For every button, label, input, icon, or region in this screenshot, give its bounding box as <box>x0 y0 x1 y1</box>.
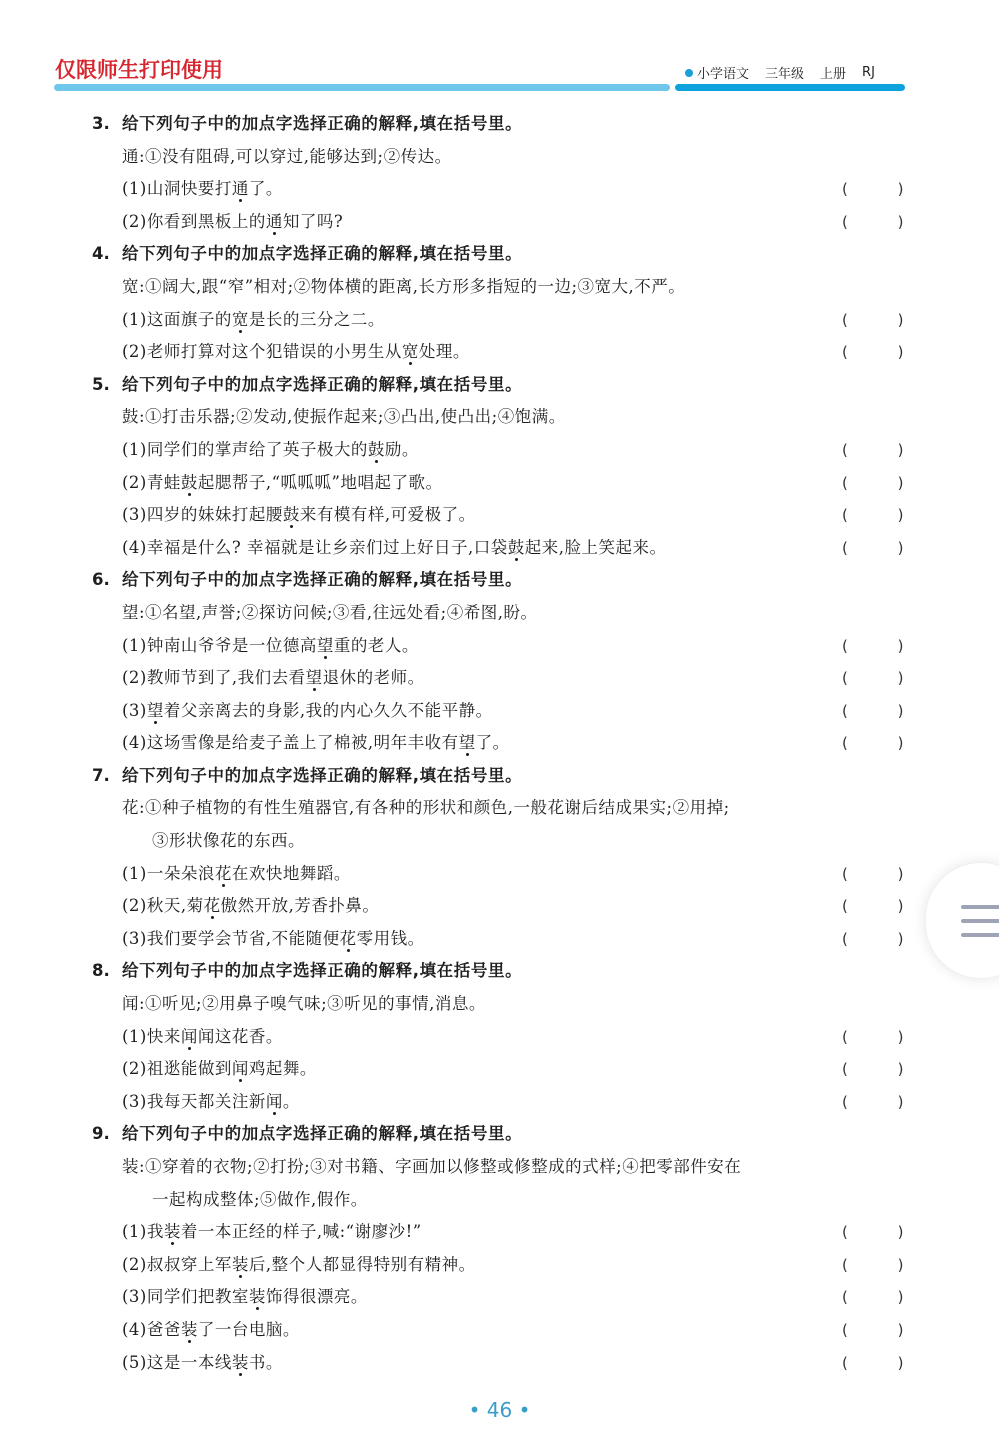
grade-label: 三年级 <box>765 63 804 82</box>
paren-close: ) <box>898 1249 904 1282</box>
answer-blank[interactable]: () <box>842 695 904 728</box>
paren-close: ) <box>898 923 904 956</box>
dotted-character: 鼓 <box>283 505 300 524</box>
sentence-after: 着一本正经的样子,喊:“谢廖沙!” <box>181 1222 422 1241</box>
paren-close: ) <box>898 630 904 663</box>
paren-close: ) <box>898 662 904 695</box>
sentence-before: (3) <box>122 701 147 720</box>
sentence-before: (1)钟南山爷爷是一位德高 <box>122 636 317 655</box>
definition-text: 通:①没有阻碍,可以穿过,能够达到;②传达。 <box>92 141 912 174</box>
sentence-before: (2)你看到黑板上的 <box>122 212 266 231</box>
dotted-character: 装 <box>232 1353 249 1372</box>
paren-open: ( <box>842 173 848 206</box>
dotted-character: 通 <box>232 179 249 198</box>
header-watermark: 仅限师生打印使用 <box>55 54 223 84</box>
definition-text: 装:①穿着的衣物;②打扮;③对书籍、字画加以修整或修整成的式样;④把零部件安在一… <box>92 1151 912 1216</box>
sentence-before: (4)这场雪像是给麦子盖上了棉被,明年丰收有 <box>122 733 459 752</box>
answer-blank[interactable]: () <box>842 1314 904 1347</box>
paren-open: ( <box>842 630 848 663</box>
question-prompt: 给下列句子中的加点字选择正确的解释,填在括号里。 <box>122 766 522 785</box>
sentence-before: (2)青蛙 <box>122 473 181 492</box>
definition-text: 鼓:①打击乐器;②发动,使振作起来;③凸出,使凸出;④饱满。 <box>92 401 912 434</box>
paren-open: ( <box>842 695 848 728</box>
sentence-item: (3)我每天都关注新闻。() <box>92 1086 912 1119</box>
question-block: 8.给下列句子中的加点字选择正确的解释,填在括号里。闻:①听见;②用鼻子嗅气味;… <box>92 955 912 1118</box>
floating-menu-button[interactable] <box>925 862 999 979</box>
paren-close: ) <box>898 858 904 891</box>
paren-close: ) <box>898 532 904 565</box>
sentence-item: (1)我装着一本正经的样子,喊:“谢廖沙!”() <box>92 1216 912 1249</box>
dotted-character: 鼓 <box>368 440 385 459</box>
paren-open: ( <box>842 1347 848 1380</box>
sentence-before: (1)我 <box>122 1222 164 1241</box>
question-title: 8.给下列句子中的加点字选择正确的解释,填在括号里。 <box>92 955 912 988</box>
question-title: 4.给下列句子中的加点字选择正确的解释,填在括号里。 <box>92 238 912 271</box>
question-number: 9. <box>92 1118 122 1151</box>
header-rule-left <box>54 84 670 91</box>
question-block: 5.给下列句子中的加点字选择正确的解释,填在括号里。鼓:①打击乐器;②发动,使振… <box>92 369 912 565</box>
header-book-info: 小学语文 三年级 上册 RJ <box>685 63 875 82</box>
question-number: 8. <box>92 955 122 988</box>
question-block: 9.给下列句子中的加点字选择正确的解释,填在括号里。装:①穿着的衣物;②打扮;③… <box>92 1118 912 1379</box>
sentence-after: 鸡起舞。 <box>249 1059 317 1078</box>
question-title: 9.给下列句子中的加点字选择正确的解释,填在括号里。 <box>92 1118 912 1151</box>
question-title: 5.给下列句子中的加点字选择正确的解释,填在括号里。 <box>92 369 912 402</box>
definition-line: 闻:①听见;②用鼻子嗅气味;③听见的事情,消息。 <box>122 994 486 1013</box>
paren-close: ) <box>898 727 904 760</box>
question-prompt: 给下列句子中的加点字选择正确的解释,填在括号里。 <box>122 961 522 980</box>
definition-text: 花:①种子植物的有性生殖器官,有各种的形状和颜色,一般花谢后结成果实;②用掉;③… <box>92 792 912 857</box>
paren-close: ) <box>898 434 904 467</box>
dotted-character: 装 <box>232 1255 249 1274</box>
definition-text: 宽:①阔大,跟“窄”相对;②物体横的距离,长方形多指短的一边;③宽大,不严。 <box>92 271 912 304</box>
bullet-dot-icon <box>685 69 693 77</box>
paren-close: ) <box>898 206 904 239</box>
sentence-item: (3)望着父亲离去的身影,我的内心久久不能平静。() <box>92 695 912 728</box>
dotted-character: 鼓 <box>181 473 198 492</box>
answer-blank[interactable]: () <box>842 434 904 467</box>
sentence-item: (2)老师打算对这个犯错误的小男生从宽处理。() <box>92 336 912 369</box>
answer-blank[interactable]: () <box>842 1053 904 1086</box>
question-title: 7.给下列句子中的加点字选择正确的解释,填在括号里。 <box>92 760 912 793</box>
dotted-character: 闻 <box>181 1027 198 1046</box>
paren-open: ( <box>842 1249 848 1282</box>
question-number: 6. <box>92 564 122 597</box>
definition-line: 鼓:①打击乐器;②发动,使振作起来;③凸出,使凸出;④饱满。 <box>122 407 566 426</box>
subject-label: 小学语文 <box>697 63 749 82</box>
sentence-after: 了一台电脑。 <box>198 1320 300 1339</box>
dotted-character: 通 <box>266 212 283 231</box>
definition-text: 闻:①听见;②用鼻子嗅气味;③听见的事情,消息。 <box>92 988 912 1021</box>
definition-line: 一起构成整体;⑤做作,假作。 <box>122 1184 912 1217</box>
sentence-item: (4)幸福是什么? 幸福就是让乡亲们过上好日子,口袋鼓起来,脸上笑起来。() <box>92 532 912 565</box>
question-prompt: 给下列句子中的加点字选择正确的解释,填在括号里。 <box>122 114 522 133</box>
sentence-after: 知了吗? <box>283 212 343 231</box>
question-prompt: 给下列句子中的加点字选择正确的解释,填在括号里。 <box>122 244 522 263</box>
sentence-before: (3)同学们把教室 <box>122 1287 249 1306</box>
definition-text: 望:①名望,声誉;②探访问候;③看,往远处看;④希图,盼。 <box>92 597 912 630</box>
sentence-before: (2)老师打算对这个犯错误的小男生从 <box>122 342 402 361</box>
question-block: 4.给下列句子中的加点字选择正确的解释,填在括号里。宽:①阔大,跟“窄”相对;②… <box>92 238 912 368</box>
paren-open: ( <box>842 662 848 695</box>
dotted-character: 望 <box>459 733 476 752</box>
paren-close: ) <box>898 1347 904 1380</box>
sentence-after: 来有模有样,可爱极了。 <box>300 505 476 524</box>
sentence-before: (2)叔叔穿上军 <box>122 1255 232 1274</box>
paren-close: ) <box>898 1021 904 1054</box>
paren-open: ( <box>842 467 848 500</box>
paren-close: ) <box>898 1053 904 1086</box>
paren-open: ( <box>842 1021 848 1054</box>
answer-blank[interactable]: () <box>842 336 904 369</box>
sentence-after: 后,整个人都显得特别有精神。 <box>249 1255 476 1274</box>
sentence-before: (4)爸爸 <box>122 1320 181 1339</box>
sentence-item: (2)青蛙鼓起腮帮子,“呱呱呱”地唱起了歌。() <box>92 467 912 500</box>
paren-open: ( <box>842 1281 848 1314</box>
paren-close: ) <box>898 304 904 337</box>
hamburger-menu-icon <box>961 905 999 909</box>
answer-blank[interactable]: () <box>842 858 904 891</box>
question-block: 7.给下列句子中的加点字选择正确的解释,填在括号里。花:①种子植物的有性生殖器官… <box>92 760 912 956</box>
definition-line: 花:①种子植物的有性生殖器官,有各种的形状和颜色,一般花谢后结成果实;②用掉; <box>122 798 730 817</box>
exercise-list: 3.给下列句子中的加点字选择正确的解释,填在括号里。通:①没有阻碍,可以穿过,能… <box>92 108 912 1379</box>
sentence-after: 傲然开放,芳香扑鼻。 <box>221 896 380 915</box>
sentence-before: (1)这面旗子的 <box>122 310 232 329</box>
dotted-character: 闻 <box>266 1092 283 1111</box>
paren-open: ( <box>842 499 848 532</box>
paren-close: ) <box>898 1281 904 1314</box>
question-prompt: 给下列句子中的加点字选择正确的解释,填在括号里。 <box>122 1124 522 1143</box>
sentence-before: (5)这是一本线 <box>122 1353 232 1372</box>
sentence-after: 励。 <box>385 440 419 459</box>
answer-blank[interactable]: () <box>842 727 904 760</box>
dotted-character: 望 <box>317 636 334 655</box>
answer-blank[interactable]: () <box>842 467 904 500</box>
answer-blank[interactable]: () <box>842 173 904 206</box>
dotted-character: 花 <box>340 929 357 948</box>
paren-open: ( <box>842 923 848 956</box>
question-number: 3. <box>92 108 122 141</box>
paren-open: ( <box>842 858 848 891</box>
paren-close: ) <box>898 695 904 728</box>
question-number: 5. <box>92 369 122 402</box>
dotted-character: 宽 <box>232 310 249 329</box>
sentence-item: (2)秋天,菊花傲然开放,芳香扑鼻。() <box>92 890 912 923</box>
paren-open: ( <box>842 336 848 369</box>
sentence-before: (3)我每天都关注新 <box>122 1092 266 1111</box>
dotted-character: 望 <box>147 701 164 720</box>
sentence-after: 起来,脸上笑起来。 <box>525 538 667 557</box>
question-title: 6.给下列句子中的加点字选择正确的解释,填在括号里。 <box>92 564 912 597</box>
sentence-item: (3)同学们把教室装饰得很漂亮。() <box>92 1281 912 1314</box>
sentence-item: (2)祖逖能做到闻鸡起舞。() <box>92 1053 912 1086</box>
answer-blank[interactable]: () <box>842 1021 904 1054</box>
sentence-before: (2)秋天,菊 <box>122 896 204 915</box>
answer-blank[interactable]: () <box>842 304 904 337</box>
paren-open: ( <box>842 1314 848 1347</box>
sentence-item: (1)一朵朵浪花在欢快地舞蹈。() <box>92 858 912 891</box>
dotted-character: 装 <box>249 1287 266 1306</box>
sentence-item: (2)你看到黑板上的通知了吗?() <box>92 206 912 239</box>
sentence-before: (1)同学们的掌声给了英子极大的 <box>122 440 368 459</box>
sentence-after: 书。 <box>249 1353 283 1372</box>
paren-close: ) <box>898 1086 904 1119</box>
sentence-item: (1)同学们的掌声给了英子极大的鼓励。() <box>92 434 912 467</box>
header-rule-right <box>675 84 905 91</box>
sentence-item: (1)这面旗子的宽是长的三分之二。() <box>92 304 912 337</box>
dotted-character: 闻 <box>232 1059 249 1078</box>
dotted-character: 装 <box>164 1222 181 1241</box>
paren-open: ( <box>842 304 848 337</box>
sentence-before: (4)幸福是什么? 幸福就是让乡亲们过上好日子,口袋 <box>122 538 508 557</box>
paren-close: ) <box>898 173 904 206</box>
sentence-before: (1)快来 <box>122 1027 181 1046</box>
sentence-item: (5)这是一本线装书。() <box>92 1347 912 1380</box>
sentence-after: 在欢快地舞蹈。 <box>232 864 351 883</box>
sentence-item: (3)四岁的妹妹打起腰鼓来有模有样,可爱极了。() <box>92 499 912 532</box>
answer-blank[interactable]: () <box>842 630 904 663</box>
sentence-before: (2)教师节到了,我们去看 <box>122 668 306 687</box>
answer-blank[interactable]: () <box>842 206 904 239</box>
sentence-before: (1)山洞快要打 <box>122 179 232 198</box>
paren-open: ( <box>842 1216 848 1249</box>
sentence-item: (1)快来闻闻这花香。() <box>92 1021 912 1054</box>
definition-line: 装:①穿着的衣物;②打扮;③对书籍、字画加以修整或修整成的式样;④把零部件安在 <box>122 1157 741 1176</box>
paren-open: ( <box>842 890 848 923</box>
dotted-character: 鼓 <box>508 538 525 557</box>
paren-open: ( <box>842 727 848 760</box>
sentence-item: (1)钟南山爷爷是一位德高望重的老人。() <box>92 630 912 663</box>
sentence-before: (3)四岁的妹妹打起腰 <box>122 505 283 524</box>
paren-close: ) <box>898 336 904 369</box>
answer-blank[interactable]: () <box>842 1249 904 1282</box>
sentence-before: (1)一朵朵浪 <box>122 864 215 883</box>
sentence-item: (2)叔叔穿上军装后,整个人都显得特别有精神。() <box>92 1249 912 1282</box>
paren-open: ( <box>842 206 848 239</box>
answer-blank[interactable]: () <box>842 1086 904 1119</box>
dotted-character: 花 <box>215 864 232 883</box>
hamburger-menu-icon <box>961 919 999 923</box>
paren-close: ) <box>898 467 904 500</box>
question-number: 7. <box>92 760 122 793</box>
paren-close: ) <box>898 499 904 532</box>
paren-close: ) <box>898 1314 904 1347</box>
edition-label: RJ <box>862 65 875 80</box>
paren-close: ) <box>898 1216 904 1249</box>
definition-line: 望:①名望,声誉;②探访问候;③看,往远处看;④希图,盼。 <box>122 603 537 622</box>
sentence-item: (4)这场雪像是给麦子盖上了棉被,明年丰收有望了。() <box>92 727 912 760</box>
paren-open: ( <box>842 532 848 565</box>
question-prompt: 给下列句子中的加点字选择正确的解释,填在括号里。 <box>122 375 522 394</box>
paren-open: ( <box>842 434 848 467</box>
question-prompt: 给下列句子中的加点字选择正确的解释,填在括号里。 <box>122 570 522 589</box>
dotted-character: 花 <box>204 896 221 915</box>
answer-blank[interactable]: () <box>842 1281 904 1314</box>
question-block: 3.给下列句子中的加点字选择正确的解释,填在括号里。通:①没有阻碍,可以穿过,能… <box>92 108 912 238</box>
sentence-item: (4)爸爸装了一台电脑。() <box>92 1314 912 1347</box>
sentence-after: 闻这花香。 <box>198 1027 283 1046</box>
sentence-after: 重的老人。 <box>334 636 419 655</box>
answer-blank[interactable]: () <box>842 1216 904 1249</box>
dotted-character: 望 <box>306 668 323 687</box>
volume-label: 上册 <box>820 63 846 82</box>
definition-line: 通:①没有阻碍,可以穿过,能够达到;②传达。 <box>122 147 452 166</box>
answer-blank[interactable]: () <box>842 890 904 923</box>
sentence-before: (3)我们要学会节省,不能随便 <box>122 929 340 948</box>
sentence-after: 起腮帮子,“呱呱呱”地唱起了歌。 <box>198 473 443 492</box>
definition-line: ③形状像花的东西。 <box>122 825 912 858</box>
sentence-after: 着父亲离去的身影,我的内心久久不能平静。 <box>164 701 493 720</box>
question-number: 4. <box>92 238 122 271</box>
hamburger-menu-icon <box>961 933 999 937</box>
answer-blank[interactable]: () <box>842 499 904 532</box>
sentence-after: 了。 <box>476 733 510 752</box>
sentence-after: 处理。 <box>419 342 470 361</box>
dotted-character: 宽 <box>402 342 419 361</box>
sentence-after: 是长的三分之二。 <box>249 310 385 329</box>
answer-blank[interactable]: () <box>842 923 904 956</box>
sentence-item: (3)我们要学会节省,不能随便花零用钱。() <box>92 923 912 956</box>
sentence-item: (2)教师节到了,我们去看望退休的老师。() <box>92 662 912 695</box>
sentence-after: 饰得很漂亮。 <box>266 1287 368 1306</box>
sentence-after: 零用钱。 <box>357 929 425 948</box>
paren-open: ( <box>842 1086 848 1119</box>
paren-open: ( <box>842 1053 848 1086</box>
sentence-after: 退休的老师。 <box>323 668 425 687</box>
sentence-item: (1)山洞快要打通了。() <box>92 173 912 206</box>
paren-close: ) <box>898 890 904 923</box>
answer-blank[interactable]: () <box>842 532 904 565</box>
page-number: • 46 • <box>0 1398 999 1422</box>
definition-line: 宽:①阔大,跟“窄”相对;②物体横的距离,长方形多指短的一边;③宽大,不严。 <box>122 277 685 296</box>
sentence-after: 了。 <box>249 179 283 198</box>
dotted-character: 装 <box>181 1320 198 1339</box>
question-block: 6.给下列句子中的加点字选择正确的解释,填在括号里。望:①名望,声誉;②探访问候… <box>92 564 912 760</box>
question-title: 3.给下列句子中的加点字选择正确的解释,填在括号里。 <box>92 108 912 141</box>
answer-blank[interactable]: () <box>842 662 904 695</box>
answer-blank[interactable]: () <box>842 1347 904 1380</box>
sentence-after: 。 <box>283 1092 300 1111</box>
sentence-before: (2)祖逖能做到 <box>122 1059 232 1078</box>
